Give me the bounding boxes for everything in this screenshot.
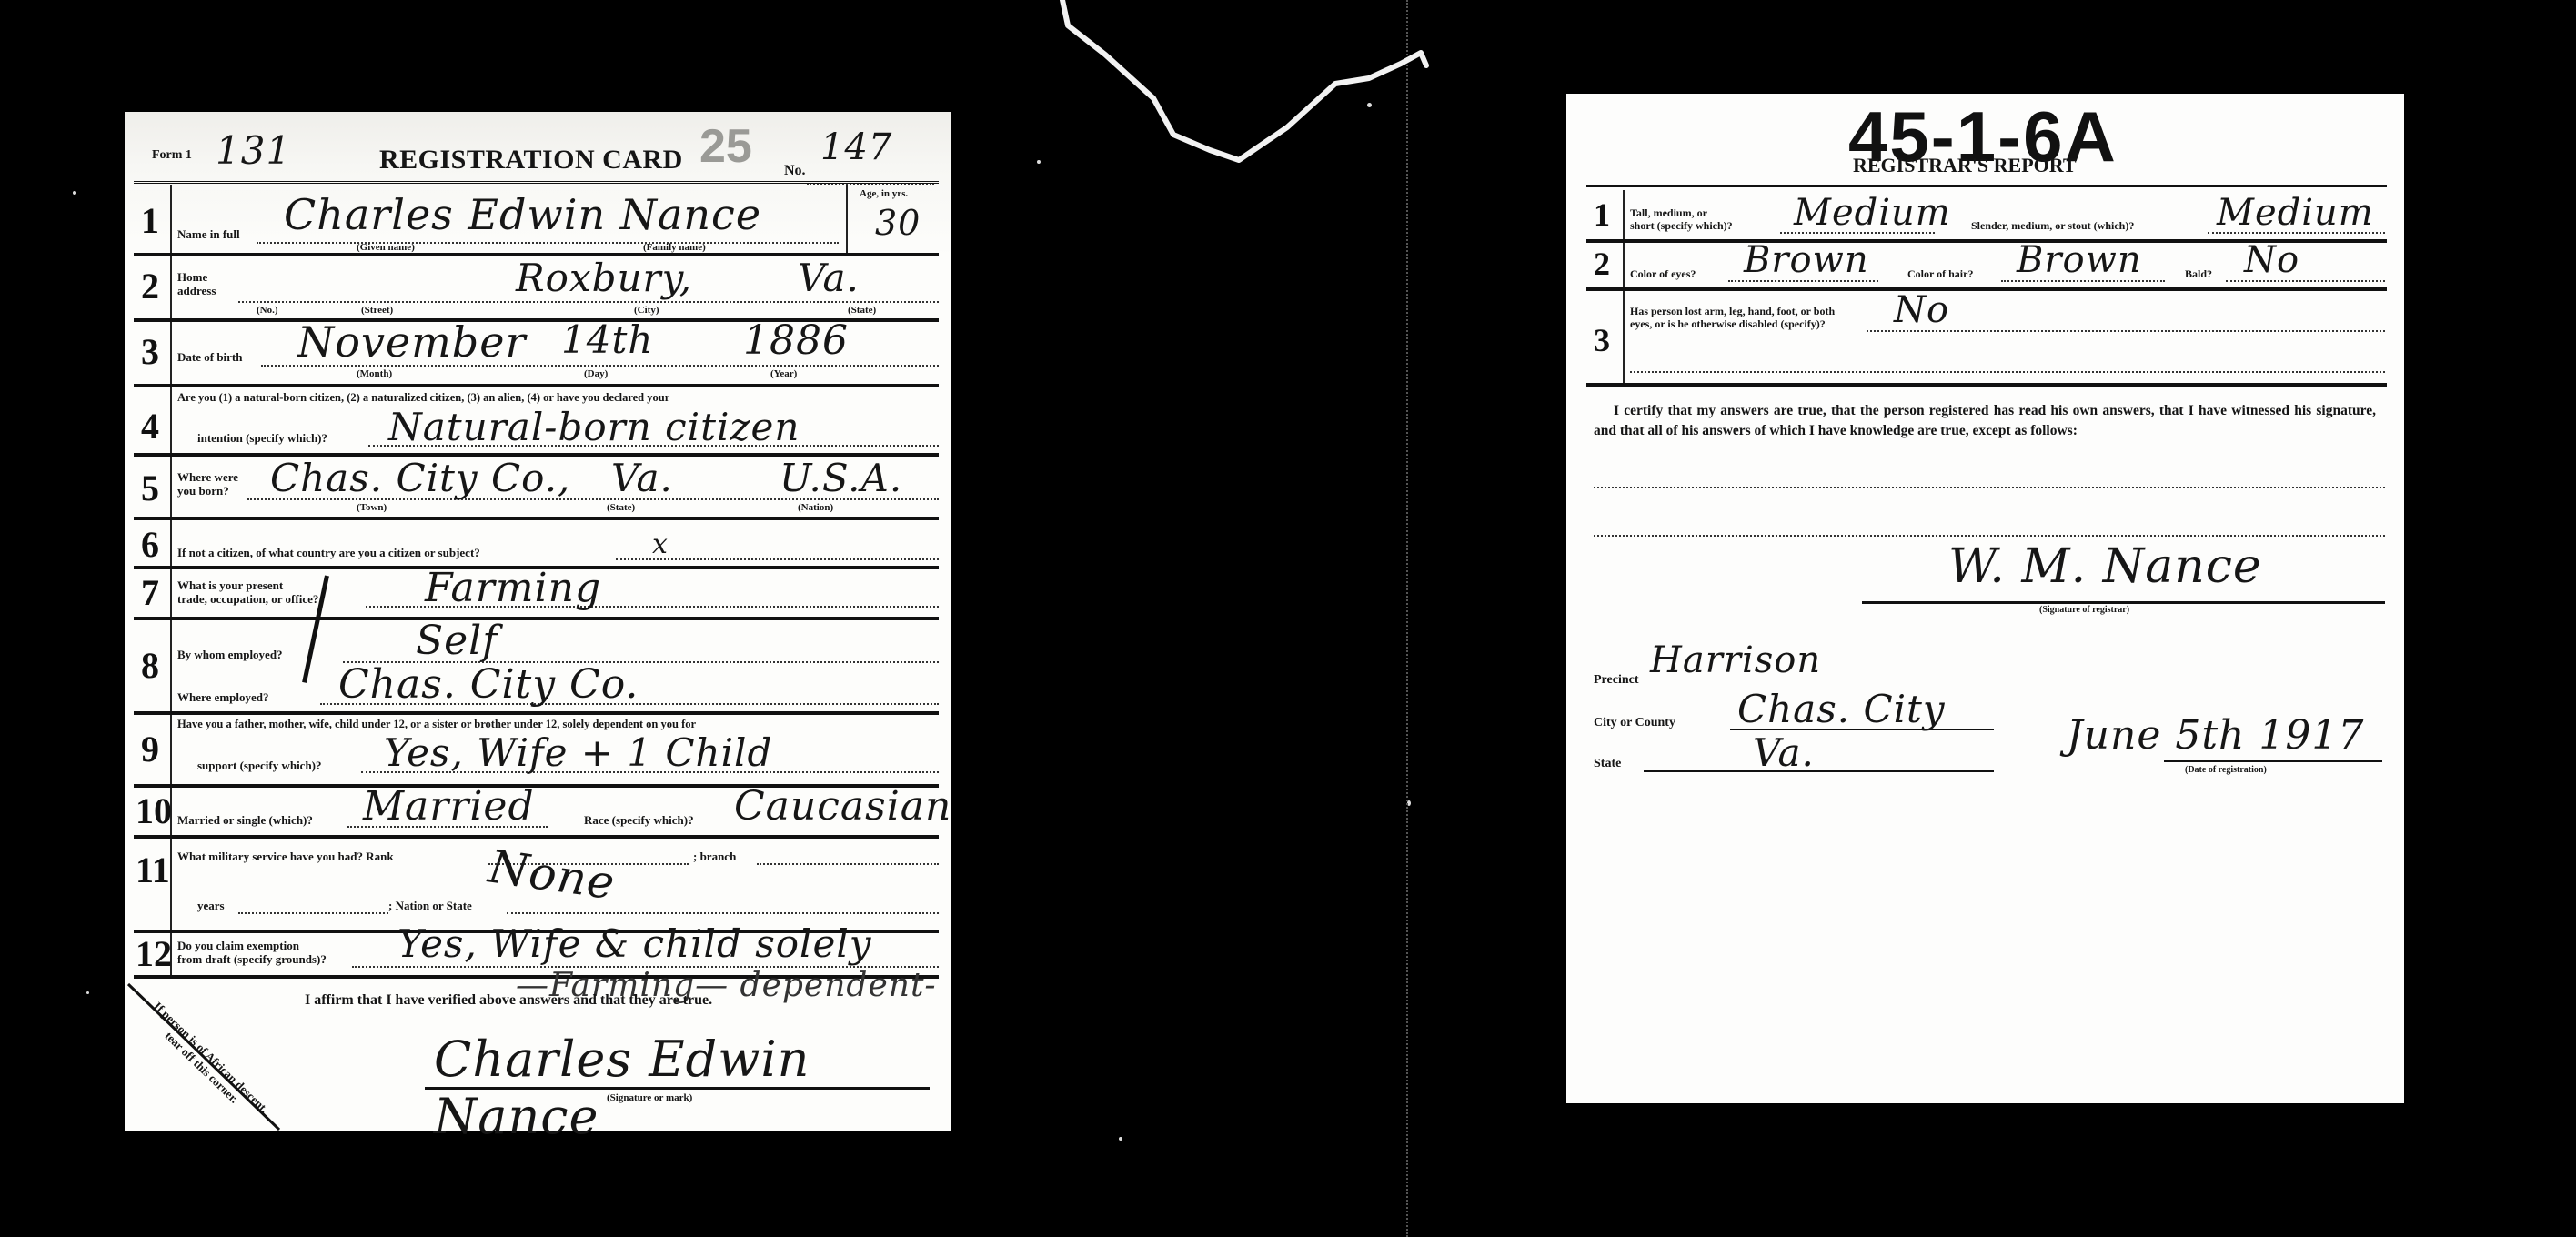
- workplace-value: Chas. City Co.: [338, 661, 639, 708]
- name-label: Name in full: [177, 228, 240, 241]
- row-number: 8: [141, 644, 159, 687]
- row-number: 2: [141, 265, 159, 307]
- registrar-signature-caption: (Signature of registrar): [2039, 605, 2129, 615]
- no-label: No.: [784, 163, 806, 179]
- row-number: 12: [136, 932, 172, 975]
- age-label: Age, in yrs.: [860, 188, 908, 199]
- affirmation-text: I affirm that I have verified above answ…: [305, 992, 712, 1009]
- state-value: Va.: [1753, 730, 1815, 775]
- exemption-label-2: from draft (specify grounds)?: [177, 953, 327, 966]
- military-service-value: None: [486, 840, 619, 910]
- birth-town-value: Chas. City Co.,: [270, 456, 570, 500]
- hair-color-label: Color of hair?: [1907, 267, 1973, 280]
- city-caption: (City): [634, 305, 659, 316]
- report-title: REGISTRAR'S REPORT: [1853, 154, 2077, 177]
- given-name-caption: (Given name): [357, 242, 415, 253]
- race-label: Race (specify which)?: [584, 814, 694, 827]
- row-number: 3: [1594, 321, 1610, 359]
- height-label-2: short (specify which)?: [1630, 219, 1733, 232]
- registrar-signature: W. M. Nance: [1948, 539, 2262, 594]
- dependents-question: Have you a father, mother, wife, child u…: [177, 718, 696, 730]
- header-rule: [1586, 185, 2387, 191]
- occupation-value: Farming: [425, 565, 601, 611]
- eye-color-label: Color of eyes?: [1630, 267, 1696, 280]
- disability-label-2: eyes, or is he otherwise disabled (speci…: [1630, 317, 1826, 330]
- age-divider: [846, 185, 848, 253]
- row-number: 1: [1594, 196, 1610, 234]
- home-state-value: Va.: [798, 256, 860, 300]
- disability-value: No: [1894, 289, 1949, 331]
- years-label: years: [197, 900, 225, 912]
- registrars-report-card: 45-1-6A REGISTRAR'S REPORT 1 Tall, mediu…: [1566, 94, 2404, 1103]
- age-value: 30: [875, 203, 921, 243]
- race-value: Caucasian: [734, 783, 951, 830]
- form-label: Form 1: [152, 148, 192, 163]
- build-value: Medium: [2217, 192, 2374, 234]
- hair-color-value: Brown: [2017, 239, 2142, 281]
- row-number: 3: [141, 330, 159, 373]
- card-title: REGISTRATION CARD: [379, 145, 683, 176]
- number-column-divider: [170, 185, 172, 976]
- year-caption: (Year): [770, 368, 797, 379]
- foreign-citizenship-value: x: [652, 528, 669, 560]
- row-number: 7: [141, 571, 159, 614]
- registration-date-value: June 5th 1917: [2067, 712, 2364, 759]
- disability-label: Has person lost arm, leg, hand, foot, or…: [1630, 305, 1835, 317]
- row-number: 6: [141, 523, 159, 566]
- birth-date-label: Date of birth: [177, 351, 243, 364]
- foreign-citizenship-label: If not a citizen, of what country are yo…: [177, 547, 480, 559]
- branch-label: ; branch: [693, 850, 736, 863]
- exemption-value: Yes, Wife & child solely: [397, 921, 872, 966]
- exemption-label: Do you claim exemption: [177, 940, 299, 952]
- form-number: 131: [216, 128, 291, 173]
- occupation-label-2: trade, occupation, or office?: [177, 593, 318, 606]
- serial-number: 147: [820, 126, 892, 168]
- row-number: 10: [136, 789, 172, 832]
- birth-state-value: Va.: [611, 456, 673, 500]
- birthplace-label-2: you born?: [177, 485, 229, 498]
- birth-year-value: 1886: [743, 317, 849, 364]
- military-service-label: What military service have you had? Rank: [177, 850, 394, 863]
- workplace-label: Where employed?: [177, 691, 269, 704]
- state-label: State: [1594, 758, 1621, 770]
- town-caption: (Town): [357, 502, 387, 513]
- occupation-label: What is your present: [177, 579, 283, 592]
- home-city-value: Roxbury,: [516, 256, 692, 300]
- city-or-county-label: City or County: [1594, 717, 1675, 729]
- day-caption: (Day): [584, 368, 608, 379]
- dependents-label: support (specify which)?: [197, 759, 322, 772]
- build-label: Slender, medium, or stout (which)?: [1971, 219, 2134, 232]
- name-value: Charles Edwin Nance: [284, 190, 761, 239]
- row-number: 9: [141, 728, 159, 770]
- eye-color-value: Brown: [1744, 239, 1869, 281]
- state-caption: (State): [848, 305, 876, 316]
- row-number: 5: [141, 467, 159, 509]
- state-caption: (State): [607, 502, 635, 513]
- stamp-mark: 25: [699, 119, 752, 174]
- family-name-caption: (Family name): [643, 242, 706, 253]
- row-number: 2: [1594, 245, 1610, 283]
- street-caption: (Street): [361, 305, 393, 316]
- nation-caption: (Nation): [798, 502, 833, 513]
- address-label: address: [177, 285, 216, 297]
- employer-value: Self: [416, 618, 498, 664]
- home-label: Home: [177, 271, 207, 284]
- city-or-county-value: Chas. City: [1737, 687, 1946, 731]
- month-caption: (Month): [357, 368, 392, 379]
- header-rule: [134, 181, 939, 187]
- birth-day-value: 14th: [561, 317, 653, 362]
- bald-label: Bald?: [2185, 267, 2212, 280]
- height-label: Tall, medium, or: [1630, 206, 1707, 219]
- marital-status-value: Married: [363, 783, 535, 830]
- citizenship-label: intention (specify which)?: [197, 432, 327, 445]
- dependents-value: Yes, Wife + 1 Child: [384, 730, 772, 775]
- row-number: 1: [141, 199, 159, 242]
- registration-date-caption: (Date of registration): [2185, 765, 2267, 775]
- row-number: 4: [141, 405, 159, 448]
- precinct-label: Precinct: [1594, 674, 1639, 687]
- height-value: Medium: [1794, 192, 1951, 234]
- bald-value: No: [2244, 239, 2299, 281]
- birth-nation-value: U.S.A.: [780, 456, 902, 500]
- number-caption: (No.): [257, 305, 278, 316]
- birth-month-value: November: [297, 317, 526, 367]
- citizenship-value: Natural-born citizen: [388, 405, 800, 449]
- birthplace-label: Where were: [177, 471, 238, 484]
- citizenship-question: Are you (1) a natural-born citizen, (2) …: [177, 391, 669, 404]
- precinct-value: Harrison: [1650, 639, 1821, 681]
- nation-or-state-label: ; Nation or State: [388, 900, 472, 912]
- marital-status-label: Married or single (which)?: [177, 814, 313, 827]
- certification-text: I certify that my answers are true, that…: [1594, 401, 2376, 441]
- row-number: 11: [136, 849, 170, 891]
- registration-card: Form 1 131 REGISTRATION CARD 25 No. 147 …: [125, 112, 951, 1131]
- signature-caption: (Signature or mark): [607, 1092, 692, 1103]
- employer-label: By whom employed?: [177, 649, 283, 661]
